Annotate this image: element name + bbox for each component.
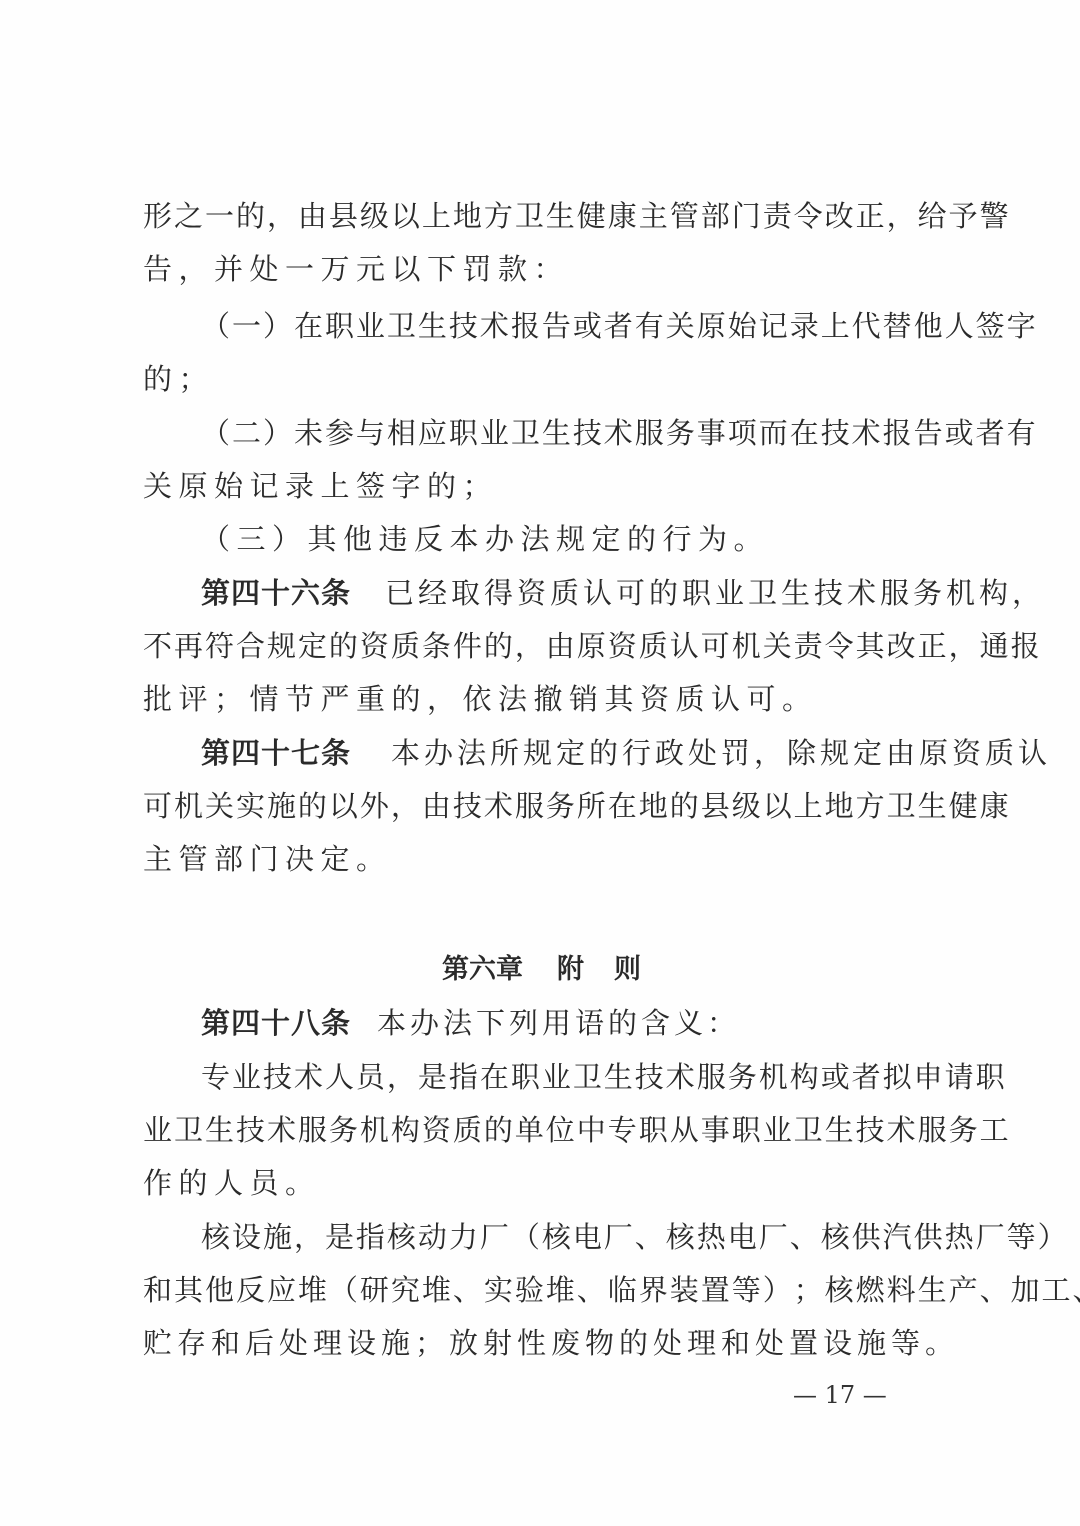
chapter-title-part: 附	[557, 950, 584, 990]
list-item-2-line: 关原始记录上签字的；	[143, 466, 940, 506]
article-48-line: 第四十八条本办法下列用语的含义：	[143, 1003, 940, 1043]
page-number: — 17 —	[793, 1375, 887, 1415]
list-item-3-line: （三）其他违反本办法规定的行为。	[143, 519, 940, 559]
article-46-label: 第四十六条	[201, 576, 351, 610]
article-48-label: 第四十八条	[201, 1006, 351, 1040]
article-46-line: 不 再 符 合 规 定 的 资 质 条 件 的 ， 由 原 资 质 认 可 机 …	[143, 626, 940, 666]
definition-2-line: 和 其 他 反 应 堆 （ 研 究 堆 、 实 验 堆 、 临 界 装 置 等 …	[143, 1270, 940, 1310]
chapter-heading: 第六章附则	[143, 950, 940, 990]
article-46-line: 第四十六条已经取得资质认可的职业卫生技术服务机构，	[143, 573, 940, 613]
article-47-line: 可 机 关 实 施 的 以 外 ， 由 技 术 服 务 所 在 地 的 县 级 …	[143, 786, 940, 826]
chapter-title-part: 则	[614, 950, 641, 990]
definition-2-line: 核 设 施 ， 是 指 核 动 力 厂 （ 核 电 厂 、 核 热 电 厂 、 …	[143, 1217, 940, 1257]
definition-1-line: 作的人员。	[143, 1163, 940, 1203]
definition-1-line: 业 卫 生 技 术 服 务 机 构 资 质 的 单 位 中 专 职 从 事 职 …	[143, 1110, 940, 1150]
definition-2-line: 贮存和后处理设施；放射性废物的处理和处置设施等。	[143, 1323, 940, 1363]
list-item-1-line: （ 一 ） 在 职 业 卫 生 技 术 报 告 或 者 有 关 原 始 记 录 …	[143, 306, 940, 346]
definition-1-line: 专 业 技 术 人 员 ， 是 指 在 职 业 卫 生 技 术 服 务 机 构 …	[143, 1057, 940, 1097]
article-47-text: 本办法所规定的行政处罚，除规定由原资质认	[391, 736, 1051, 770]
article-46-text: 已经取得资质认可的职业卫生技术服务机构，	[385, 576, 1045, 610]
article-47-label: 第四十七条	[201, 736, 351, 770]
chapter-number: 第六章	[442, 950, 523, 990]
article-48-text: 本办法下列用语的含义：	[377, 1006, 740, 1040]
list-item-2-line: （ 二 ） 未 参 与 相 应 职 业 卫 生 技 术 服 务 事 项 而 在 …	[143, 413, 940, 453]
text-line: 告，并处一万元以下罚款：	[143, 249, 940, 289]
list-item-1-line: 的；	[143, 359, 940, 399]
text-line: 形 之 一 的 ， 由 县 级 以 上 地 方 卫 生 健 康 主 管 部 门 …	[143, 196, 940, 236]
article-47-line: 第四十七条本办法所规定的行政处罚，除规定由原资质认	[143, 733, 940, 773]
article-46-line: 批评；情节严重的，依法撤销其资质认可。	[143, 679, 940, 719]
article-47-line: 主管部门决定。	[143, 839, 940, 879]
